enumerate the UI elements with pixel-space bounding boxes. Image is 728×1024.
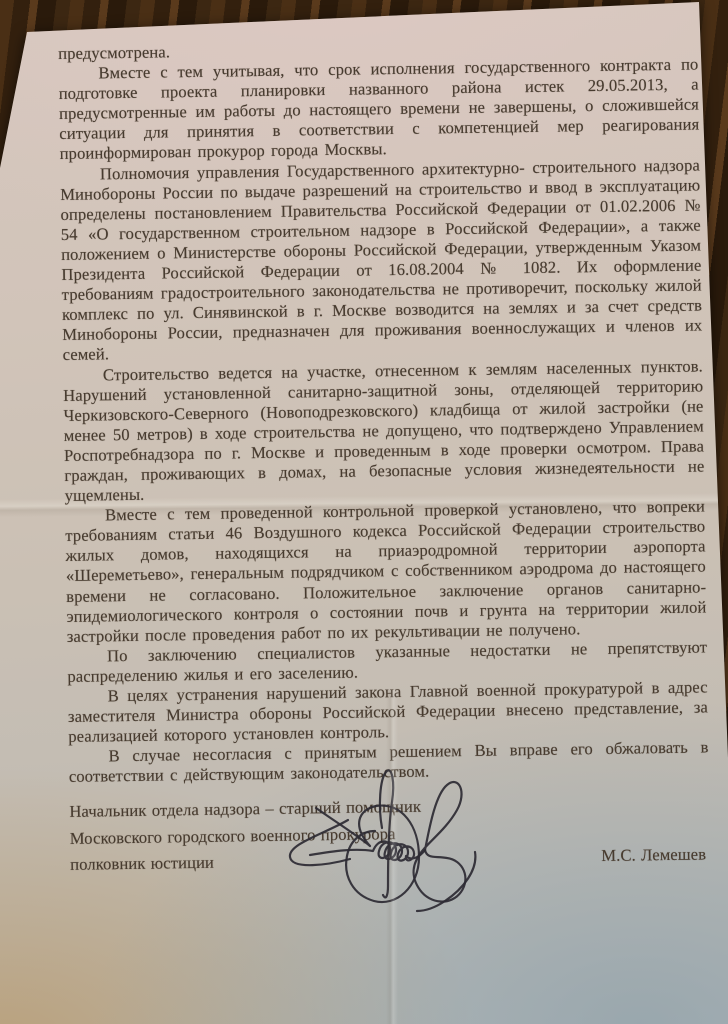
paragraph-authority-powers: Полномочия управления Государственного а… (60, 155, 703, 365)
paragraph-appeal-rights: В случае несогласия с принятым решением … (68, 738, 709, 788)
document-page: предусмотрена. Вместе с тем учитывая, чт… (0, 0, 728, 1024)
paper-shadow: предусмотрена. Вместе с тем учитывая, чт… (0, 0, 728, 1024)
handwritten-signature (278, 758, 492, 928)
paragraph-inspection-findings: Вместе с тем проведенной контрольной про… (65, 497, 707, 647)
paragraph-measures-taken: В целях устранения нарушений закона Глав… (68, 677, 709, 747)
paragraph-construction-site: Строительство ведется на участке, отнесе… (63, 356, 705, 506)
signatory-name: М.С. Лемешев (601, 842, 706, 871)
photo-table-background: предусмотрена. Вместе с тем учитывая, чт… (0, 0, 728, 1024)
signature-block: Начальник отдела надзора – старший помощ… (69, 790, 710, 879)
paragraph-contract-deadline: Вместе с тем учитывая, что срок исполнен… (58, 55, 699, 165)
document-text: предусмотрена. Вместе с тем учитывая, чт… (58, 35, 710, 879)
